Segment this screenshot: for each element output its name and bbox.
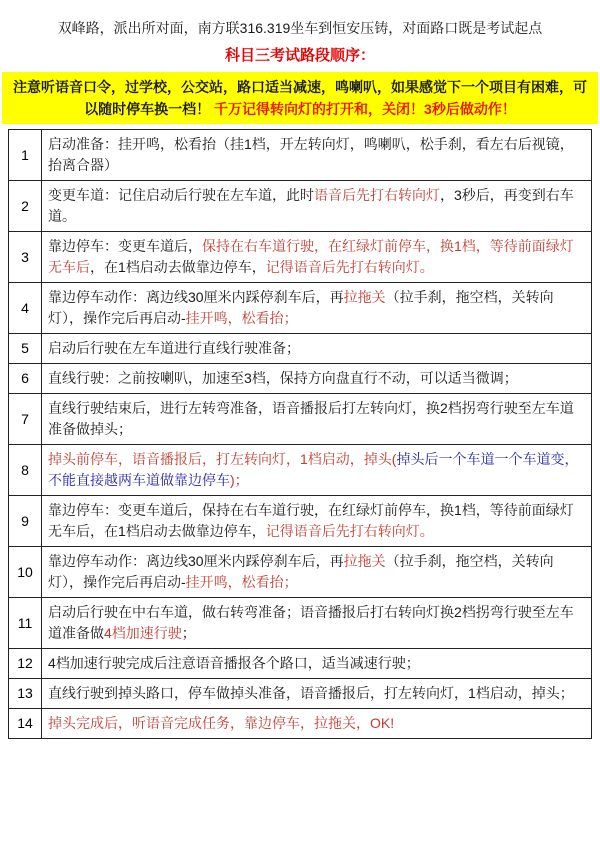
instruction-segment-black: ； xyxy=(182,625,196,641)
step-number: 7 xyxy=(9,394,42,445)
table-row: 9靠边停车：变更车道后，保持在右车道行驶，在红绿灯前停车，换1档，等待前面绿灯无… xyxy=(9,496,592,547)
step-instruction: 变更车道：记住启动后行驶在左车道，此时语音后先打右转向灯，3秒后，再变到右车道。 xyxy=(42,181,592,232)
step-number: 8 xyxy=(9,445,42,496)
instruction-segment-black: ，在1档启动去做靠边停车， xyxy=(90,259,266,275)
step-instruction: 启动后行驶在中右车道，做右转弯准备；语音播报后打右转向灯换2档拐弯行驶至左车道准… xyxy=(42,598,592,649)
step-number: 13 xyxy=(9,679,42,709)
instruction-segment-black: 靠边停车动作：离边线30厘米内踩停刹车后，再 xyxy=(48,289,344,305)
instruction-segment-red: 掉头完成后，听语音完成任务，靠边停车，拉拖关，OK! xyxy=(48,715,394,731)
exam-steps-body: 1启动准备：挂开鸣，松看抬（挂1档，开左转向灯，鸣喇叭，松手刹，看左右后视镜，抬… xyxy=(9,130,592,739)
table-row: 10靠边停车动作：离边线30厘米内踩停刹车后，再拉拖关（拉手刹，拖空档，关转向灯… xyxy=(9,547,592,598)
step-number: 5 xyxy=(9,334,42,364)
step-instruction: 4档加速行驶完成后注意语音播报各个路口，适当减速行驶； xyxy=(42,649,592,679)
step-instruction: 掉头前停车，语音播报后，打左转向灯，1档启动，掉头(掉头后一个车道一个车道变，不… xyxy=(42,445,592,496)
table-row: 4靠边停车动作：离边线30厘米内踩停刹车后，再拉拖关（拉手刹，拖空档，关转向灯）… xyxy=(9,283,592,334)
route-intro-line: 双峰路，派出所对面，南方联316.319坐车到恒安压铸，对面路口既是考试起点 xyxy=(0,18,600,38)
table-row: 13直线行驶到掉头路口，停车做掉头准备，语音播报后，打左转向灯，1档启动，掉头； xyxy=(9,679,592,709)
table-row: 11启动后行驶在中右车道，做右转弯准备；语音播报后打右转向灯换2档拐弯行驶至左车… xyxy=(9,598,592,649)
step-number: 3 xyxy=(9,232,42,283)
instruction-segment-red: 记得语音后先打右转向灯。 xyxy=(266,523,434,539)
step-instruction: 靠边停车动作：离边线30厘米内踩停刹车后，再拉拖关（拉手刹，拖空档，关转向灯），… xyxy=(42,283,592,334)
step-instruction: 直线行驶：之前按喇叭，加速至3档，保持方向盘直行不动，可以适当微调； xyxy=(42,364,592,394)
instruction-segment-red: 挂开鸣，松看抬； xyxy=(186,574,298,590)
notice-banner: 注意听语音口令，过学校，公交站，路口适当减速，鸣喇叭，如果感觉下一个项目有困难，… xyxy=(2,72,598,124)
step-number: 9 xyxy=(9,496,42,547)
table-row: 6直线行驶：之前按喇叭，加速至3档，保持方向盘直行不动，可以适当微调； xyxy=(9,364,592,394)
step-number: 11 xyxy=(9,598,42,649)
table-row: 14掉头完成后，听语音完成任务，靠边停车，拉拖关，OK! xyxy=(9,709,592,739)
step-number: 2 xyxy=(9,181,42,232)
instruction-segment-black: 启动准备：挂开鸣，松看抬（挂1档，开左转向灯，鸣喇叭，松手刹，看左右后视镜，抬离… xyxy=(48,136,574,173)
step-instruction: 掉头完成后，听语音完成任务，靠边停车，拉拖关，OK! xyxy=(42,709,592,739)
step-instruction: 直线行驶到掉头路口，停车做掉头准备，语音播报后，打左转向灯，1档启动，掉头； xyxy=(42,679,592,709)
instruction-segment-red: 语音后先打右转向灯 xyxy=(314,187,440,203)
instruction-segment-black: 变更车道：记住启动后行驶在左车道，此时 xyxy=(48,187,314,203)
notice-warning-text: 千万记得转向灯的打开和，关闭！3秒后做动作！ xyxy=(214,101,516,117)
page-title: 科目三考试路段顺序： xyxy=(0,44,600,65)
table-row: 3靠边停车：变更车道后，保持在右车道行驶，在红绿灯前停车，换1档，等待前面绿灯无… xyxy=(9,232,592,283)
instruction-segment-black: 靠边停车：变更车道后， xyxy=(48,238,202,254)
table-row: 2变更车道：记住启动后行驶在左车道，此时语音后先打右转向灯，3秒后，再变到右车道… xyxy=(9,181,592,232)
table-row: 124档加速行驶完成后注意语音播报各个路口，适当减速行驶； xyxy=(9,649,592,679)
instruction-segment-black: 靠边停车动作：离边线30厘米内踩停刹车后，再 xyxy=(48,553,344,569)
instruction-segment-red: )； xyxy=(230,472,249,488)
table-row: 7直线行驶结束后，进行左转弯准备，语音播报后打左转向灯，换2档拐弯行驶至左车道准… xyxy=(9,394,592,445)
instruction-segment-black: 启动后行驶在左车道进行直线行驶准备； xyxy=(48,340,300,356)
step-number: 6 xyxy=(9,364,42,394)
document-page: { "header": { "intro": "双峰路，派出所对面，南方联316… xyxy=(0,0,600,848)
step-number: 4 xyxy=(9,283,42,334)
instruction-segment-red: 4档加速行驶 xyxy=(104,625,182,641)
instruction-segment-red: 记得语音后先打右转向灯。 xyxy=(266,259,434,275)
step-instruction: 启动准备：挂开鸣，松看抬（挂1档，开左转向灯，鸣喇叭，松手刹，看左右后视镜，抬离… xyxy=(42,130,592,181)
table-row: 8掉头前停车，语音播报后，打左转向灯，1档启动，掉头(掉头后一个车道一个车道变，… xyxy=(9,445,592,496)
step-instruction: 靠边停车：变更车道后，保持在右车道行驶，在红绿灯前停车，换1档，等待前面绿灯无车… xyxy=(42,496,592,547)
instruction-segment-red: 拉拖关 xyxy=(344,553,386,569)
step-instruction: 直线行驶结束后，进行左转弯准备，语音播报后打左转向灯，换2档拐弯行驶至左车道准备… xyxy=(42,394,592,445)
step-instruction: 靠边停车动作：离边线30厘米内踩停刹车后，再拉拖关（拉手刹，拖空档，关转向灯），… xyxy=(42,547,592,598)
step-instruction: 靠边停车：变更车道后，保持在右车道行驶，在红绿灯前停车，换1档，等待前面绿灯无车… xyxy=(42,232,592,283)
step-instruction: 启动后行驶在左车道进行直线行驶准备； xyxy=(42,334,592,364)
instruction-segment-black: 4档加速行驶完成后注意语音播报各个路口，适当减速行驶； xyxy=(48,655,420,671)
instruction-segment-red: 掉头前停车，语音播报后，打左转向灯，1档启动，掉头( xyxy=(48,451,396,467)
instruction-segment-black: 直线行驶到掉头路口，停车做掉头准备，语音播报后，打左转向灯，1档启动，掉头； xyxy=(48,685,574,701)
step-number: 14 xyxy=(9,709,42,739)
instruction-segment-red: 挂开鸣，松看抬； xyxy=(186,310,298,326)
step-number: 10 xyxy=(9,547,42,598)
step-number: 12 xyxy=(9,649,42,679)
exam-route-sheet: 双峰路，派出所对面，南方联316.319坐车到恒安压铸，对面路口既是考试起点 科… xyxy=(0,0,600,739)
instruction-segment-red: 拉拖关 xyxy=(344,289,386,305)
table-row: 5启动后行驶在左车道进行直线行驶准备； xyxy=(9,334,592,364)
table-row: 1启动准备：挂开鸣，松看抬（挂1档，开左转向灯，鸣喇叭，松手刹，看左右后视镜，抬… xyxy=(9,130,592,181)
instruction-segment-black: 直线行驶结束后，进行左转弯准备，语音播报后打左转向灯，换2档拐弯行驶至左车道准备… xyxy=(48,400,574,437)
instruction-segment-black: 直线行驶：之前按喇叭，加速至3档，保持方向盘直行不动，可以适当微调； xyxy=(48,370,518,386)
step-number: 1 xyxy=(9,130,42,181)
exam-steps-table: 1启动准备：挂开鸣，松看抬（挂1档，开左转向灯，鸣喇叭，松手刹，看左右后视镜，抬… xyxy=(8,129,592,739)
